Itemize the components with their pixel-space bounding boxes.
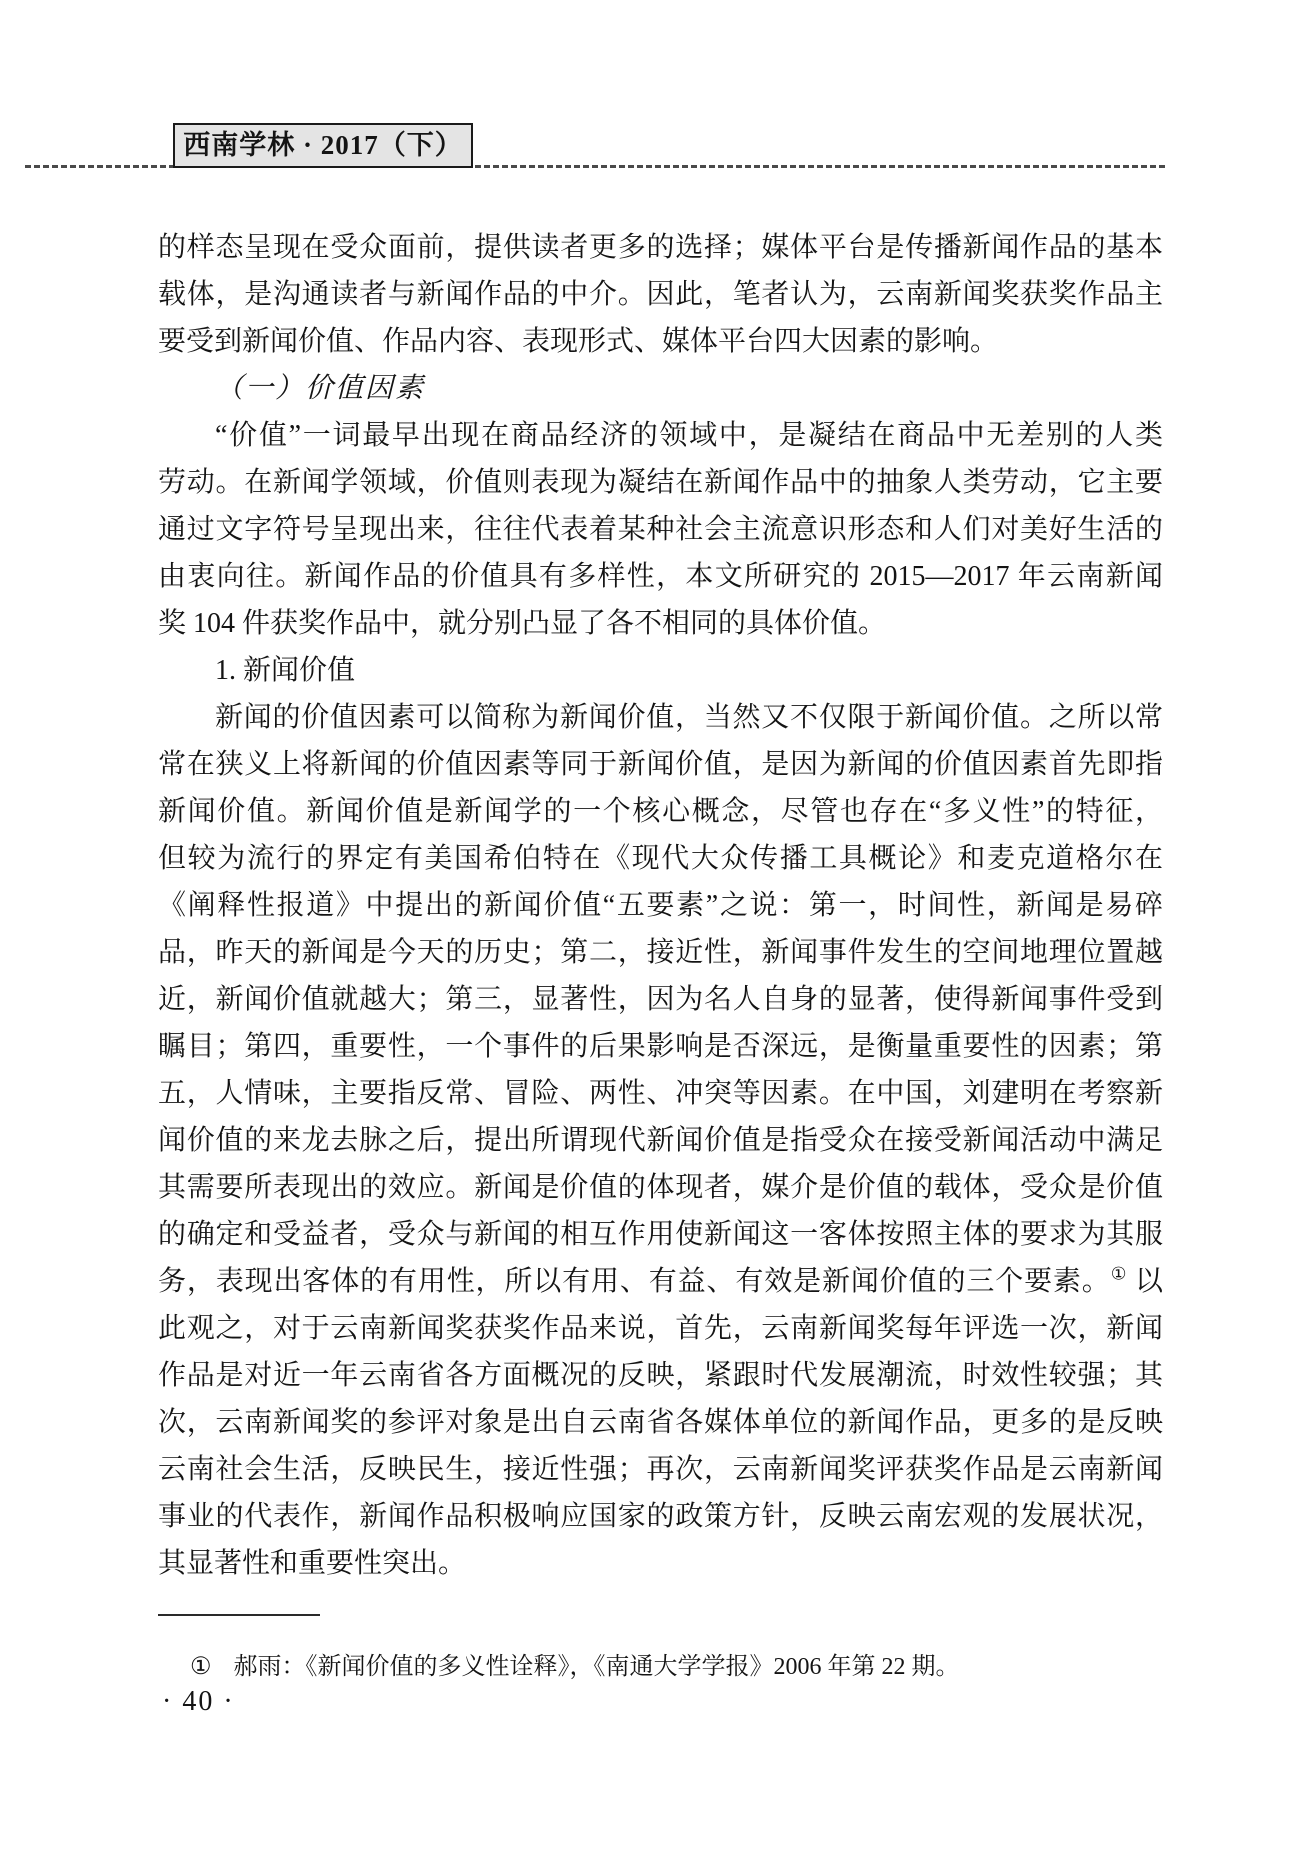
text-line: 常在狭义上将新闻的价值因素等同于新闻价值，是因为新闻的价值因素首先即指: [158, 741, 1163, 788]
text-line: 但较为流行的界定有美国希伯特在《现代大众传播工具概论》和麦克道格尔在: [158, 835, 1163, 882]
subsection-heading: 1. 新闻价值: [158, 647, 1163, 694]
text-line: 《阐释性报道》中提出的新闻价值“五要素”之说：第一，时间性，新闻是易碎: [158, 882, 1163, 929]
text-line: 通过文字符号呈现出来，往往代表着某种社会主流意识形态和人们对美好生活的: [158, 506, 1163, 553]
text-line: 载体，是沟通读者与新闻作品的中介。因此，笔者认为，云南新闻奖获奖作品主: [158, 271, 1163, 318]
text-line: 劳动。在新闻学领域，价值则表现为凝结在新闻作品中的抽象人类劳动，它主要: [158, 459, 1163, 506]
text-line: 瞩目；第四，重要性，一个事件的后果影响是否深远，是衡量重要性的因素；第: [158, 1023, 1163, 1070]
text-line: 务，表现出客体的有用性，所以有用、有益、有效是新闻价值的三个要素。① 以: [158, 1258, 1163, 1305]
text-line: 品，昨天的新闻是今天的历史；第二，接近性，新闻事件发生的空间地理位置越: [158, 929, 1163, 976]
text-line: 由衷向往。新闻作品的价值具有多样性，本文所研究的 2015—2017 年云南新闻: [158, 553, 1163, 600]
text-line: 云南社会生活，反映民生，接近性强；再次，云南新闻奖评获奖作品是云南新闻: [158, 1446, 1163, 1493]
text-line: 要受到新闻价值、作品内容、表现形式、媒体平台四大因素的影响。: [158, 318, 1163, 365]
footnote-marker: ①: [158, 1654, 234, 1680]
page-header-title: 西南学林 · 2017（下）: [173, 123, 473, 168]
page-number: · 40 ·: [162, 1686, 235, 1718]
text-line: 作品是对近一年云南省各方面概况的反映，紧跟时代发展潮流，时效性较强；其: [158, 1352, 1163, 1399]
footnote-separator: [158, 1614, 320, 1616]
text-line: 的确定和受益者，受众与新闻的相互作用使新闻这一客体按照主体的要求为其服: [158, 1211, 1163, 1258]
text-line: 的样态呈现在受众面前，提供读者更多的选择；媒体平台是传播新闻作品的基本: [158, 224, 1163, 271]
text-line: 闻价值的来龙去脉之后，提出所谓现代新闻价值是指受众在接受新闻活动中满足: [158, 1117, 1163, 1164]
text-line: 奖 104 件获奖作品中，就分别凸显了各不相同的具体价值。: [158, 600, 1163, 647]
text-line: 此观之，对于云南新闻奖获奖作品来说，首先，云南新闻奖每年评选一次，新闻: [158, 1305, 1163, 1352]
section-heading: （一）价值因素: [158, 365, 1163, 412]
text-line: 五，人情味，主要指反常、冒险、两性、冲突等因素。在中国，刘建明在考察新: [158, 1070, 1163, 1117]
body-text: 的样态呈现在受众面前，提供读者更多的选择；媒体平台是传播新闻作品的基本载体，是沟…: [158, 224, 1163, 1587]
text-line: 新闻的价值因素可以简称为新闻价值，当然又不仅限于新闻价值。之所以常: [158, 694, 1163, 741]
text-line: 近，新闻价值就越大；第三，显著性，因为名人自身的显著，使得新闻事件受到: [158, 976, 1163, 1023]
text-line: 事业的代表作，新闻作品积极响应国家的政策方针，反映云南宏观的发展状况，: [158, 1493, 1163, 1540]
text-line: 其需要所表现出的效应。新闻是价值的体现者，媒介是价值的载体，受众是价值: [158, 1164, 1163, 1211]
footnote: ①郝雨：《新闻价值的多义性诠释》，《南通大学学报》2006 年第 22 期。: [158, 1648, 1163, 1686]
footnote-text: 郝雨：《新闻价值的多义性诠释》，《南通大学学报》2006 年第 22 期。: [234, 1654, 960, 1680]
text-line: 新闻价值。新闻价值是新闻学的一个核心概念，尽管也存在“多义性”的特征，: [158, 788, 1163, 835]
footnote-ref: ①: [1111, 1265, 1127, 1284]
text-line: “价值”一词最早出现在商品经济的领域中，是凝结在商品中无差别的人类: [158, 412, 1163, 459]
text-line: 次，云南新闻奖的参评对象是出自云南省各媒体单位的新闻作品，更多的是反映: [158, 1399, 1163, 1446]
text-line: 其显著性和重要性突出。: [158, 1540, 1163, 1587]
